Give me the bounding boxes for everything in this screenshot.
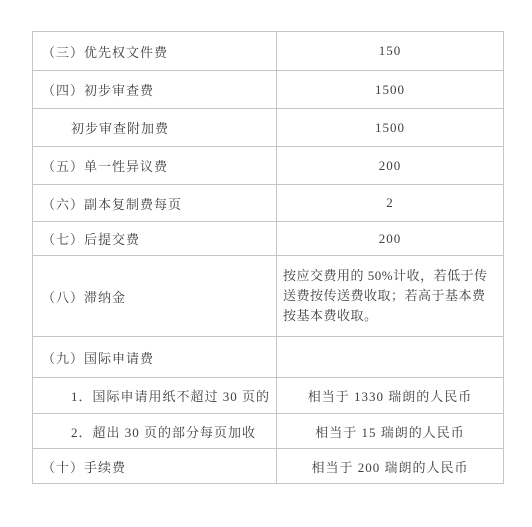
table-row: （八）滞纳金 按应交费用的 50%计收，若低于传送费按传送费收取；若高于基本费按… [33, 256, 504, 337]
fee-value: 相当于 200 瑞朗的人民币 [277, 449, 504, 484]
fee-name: （四）初步审查费 [33, 71, 277, 109]
fee-name: （十）手续费 [33, 449, 277, 484]
fee-name: （三）优先权文件费 [33, 32, 277, 71]
fee-value: 相当于 1330 瑞朗的人民币 [277, 378, 504, 414]
table-row: （七）后提交费 200 [33, 222, 504, 256]
fee-name: （七）后提交费 [33, 222, 277, 256]
table-row: （三）优先权文件费 150 [33, 32, 504, 71]
table-row: （十）手续费 相当于 200 瑞朗的人民币 [33, 449, 504, 484]
fee-name: 初步审查附加费 [33, 109, 277, 147]
fee-value: 2 [277, 185, 504, 222]
fee-value [277, 337, 504, 378]
fee-name: （五）单一性异议费 [33, 147, 277, 185]
table-row: （四）初步审查费 1500 [33, 71, 504, 109]
table-row: （九）国际申请费 [33, 337, 504, 378]
fee-name: （九）国际申请费 [33, 337, 277, 378]
fee-value: 150 [277, 32, 504, 71]
table-row: 初步审查附加费 1500 [33, 109, 504, 147]
fee-name: 2．超出 30 页的部分每页加收 [33, 414, 277, 449]
fee-value: 按应交费用的 50%计收，若低于传送费按传送费收取；若高于基本费按基本费收取。 [277, 256, 504, 337]
fee-name: （八）滞纳金 [33, 256, 277, 337]
fee-value: 1500 [277, 109, 504, 147]
fee-value: 1500 [277, 71, 504, 109]
fee-value: 200 [277, 147, 504, 185]
fee-schedule-table: （三）优先权文件费 150 （四）初步审查费 1500 初步审查附加费 1500… [32, 31, 504, 484]
fee-value: 相当于 15 瑞朗的人民币 [277, 414, 504, 449]
fee-name: 1．国际申请用纸不超过 30 页的 [33, 378, 277, 414]
table-row: 2．超出 30 页的部分每页加收 相当于 15 瑞朗的人民币 [33, 414, 504, 449]
table-row: （六）副本复制费每页 2 [33, 185, 504, 222]
table-row: （五）单一性异议费 200 [33, 147, 504, 185]
table-row: 1．国际申请用纸不超过 30 页的 相当于 1330 瑞朗的人民币 [33, 378, 504, 414]
fee-value: 200 [277, 222, 504, 256]
fee-name: （六）副本复制费每页 [33, 185, 277, 222]
